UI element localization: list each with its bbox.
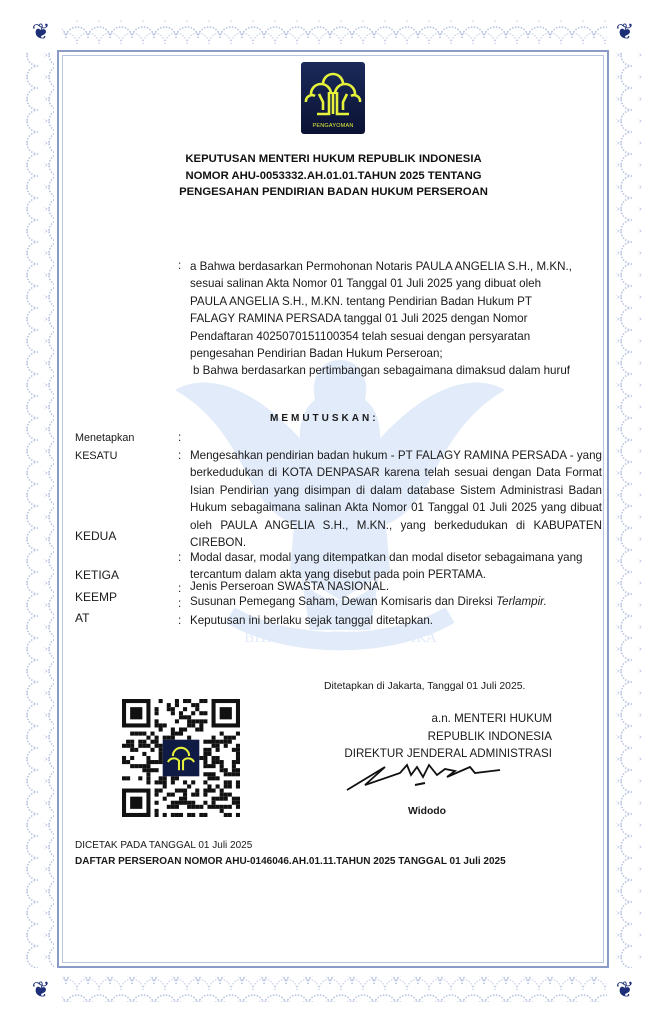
signatory-name: Widodo bbox=[408, 806, 446, 817]
signature-scribble bbox=[345, 755, 525, 795]
decision-kedua: Modal dasar, modal yang ditempatkan dan … bbox=[190, 549, 600, 584]
title-line: NOMOR AHU-0053332.AH.01.01.TAHUN 2025 TE… bbox=[90, 168, 577, 185]
title-line: KEPUTUSAN MENTERI HUKUM REPUBLIK INDONES… bbox=[90, 151, 577, 168]
pengayoman-tree-icon bbox=[301, 62, 365, 122]
place-date: Ditetapkan di Jakarta, Tanggal 01 Juli 2… bbox=[324, 681, 525, 692]
corner-ornament-icon: ❦ bbox=[614, 980, 636, 1002]
consideration-a: a Bahwa berdasarkan Permohonan Notaris P… bbox=[190, 258, 600, 380]
pengayoman-logo: PENGAYOMAN bbox=[301, 62, 365, 134]
text-line: FALAGY RAMINA PERSADA tanggal 01 Juli 20… bbox=[190, 310, 600, 327]
colon: : bbox=[178, 614, 181, 627]
colon: : bbox=[178, 259, 181, 272]
decision-ketiga: Jenis Perseroan SWASTA NASIONAL. bbox=[190, 580, 600, 594]
label-kesatu: KESATU bbox=[75, 450, 117, 462]
colon: : bbox=[178, 551, 181, 564]
printed-date: DICETAK PADA TANGGAL 01 Juli 2025 bbox=[75, 840, 252, 851]
logo-caption: PENGAYOMAN bbox=[301, 123, 365, 129]
decision-keempat: Susunan Pemegang Saham, Dewan Komisaris … bbox=[190, 594, 600, 610]
corner-ornament-icon: ❦ bbox=[614, 22, 636, 44]
decision-heading: MEMUTUSKAN: bbox=[270, 413, 379, 424]
corner-ornament-icon: ❦ bbox=[30, 22, 52, 44]
decision-kesatu: Mengesahkan pendirian badan hukum - PT F… bbox=[190, 447, 602, 551]
colon: : bbox=[178, 449, 181, 462]
decision-kelima: Keputusan ini berlaku sejak tanggal dite… bbox=[190, 612, 600, 629]
colon: : bbox=[178, 431, 181, 444]
text-line: PAULA ANGELIA S.H., M.KN. tentang Pendir… bbox=[190, 293, 600, 310]
text-line: REPUBLIK INDONESIA bbox=[344, 728, 552, 746]
colon: : bbox=[178, 597, 181, 610]
label-at: AT bbox=[75, 611, 89, 625]
registry-number: DAFTAR PERSEROAN NOMOR AHU-0146046.AH.01… bbox=[75, 856, 506, 867]
qr-code bbox=[122, 699, 240, 817]
label-kedua: KEDUA bbox=[75, 529, 116, 543]
text: Susunan Pemegang Saham, Dewan Komisaris … bbox=[190, 595, 496, 608]
text-line: sesuai salinan Akta Nomor 01 Tanggal 01 … bbox=[190, 275, 600, 292]
svg-text:BHINNEKA TUNGGAL IKA: BHINNEKA TUNGGAL IKA bbox=[244, 630, 437, 646]
label-ketiga: KETIGA bbox=[75, 568, 119, 582]
corner-ornament-icon: ❦ bbox=[30, 980, 52, 1002]
text-line: pengesahan Pendirian Badan Hukum Persero… bbox=[190, 345, 600, 362]
text-italic: Terlampir. bbox=[496, 595, 547, 608]
label-menetapkan: Menetapkan bbox=[75, 432, 134, 444]
text-line: a.n. MENTERI HUKUM bbox=[344, 710, 552, 728]
consideration-b: b Bahwa berdasarkan pertimbangan sebagai… bbox=[190, 362, 600, 379]
label-keemp: KEEMP bbox=[75, 590, 117, 604]
title-line: PENGESAHAN PENDIRIAN BADAN HUKUM PERSERO… bbox=[90, 184, 577, 201]
text-line: Pendaftaran 4025070151100354 telah sesua… bbox=[190, 328, 600, 345]
colon: : bbox=[178, 582, 181, 595]
text-line: a Bahwa berdasarkan Permohonan Notaris P… bbox=[190, 258, 600, 275]
decree-title: KEPUTUSAN MENTERI HUKUM REPUBLIK INDONES… bbox=[90, 151, 577, 201]
